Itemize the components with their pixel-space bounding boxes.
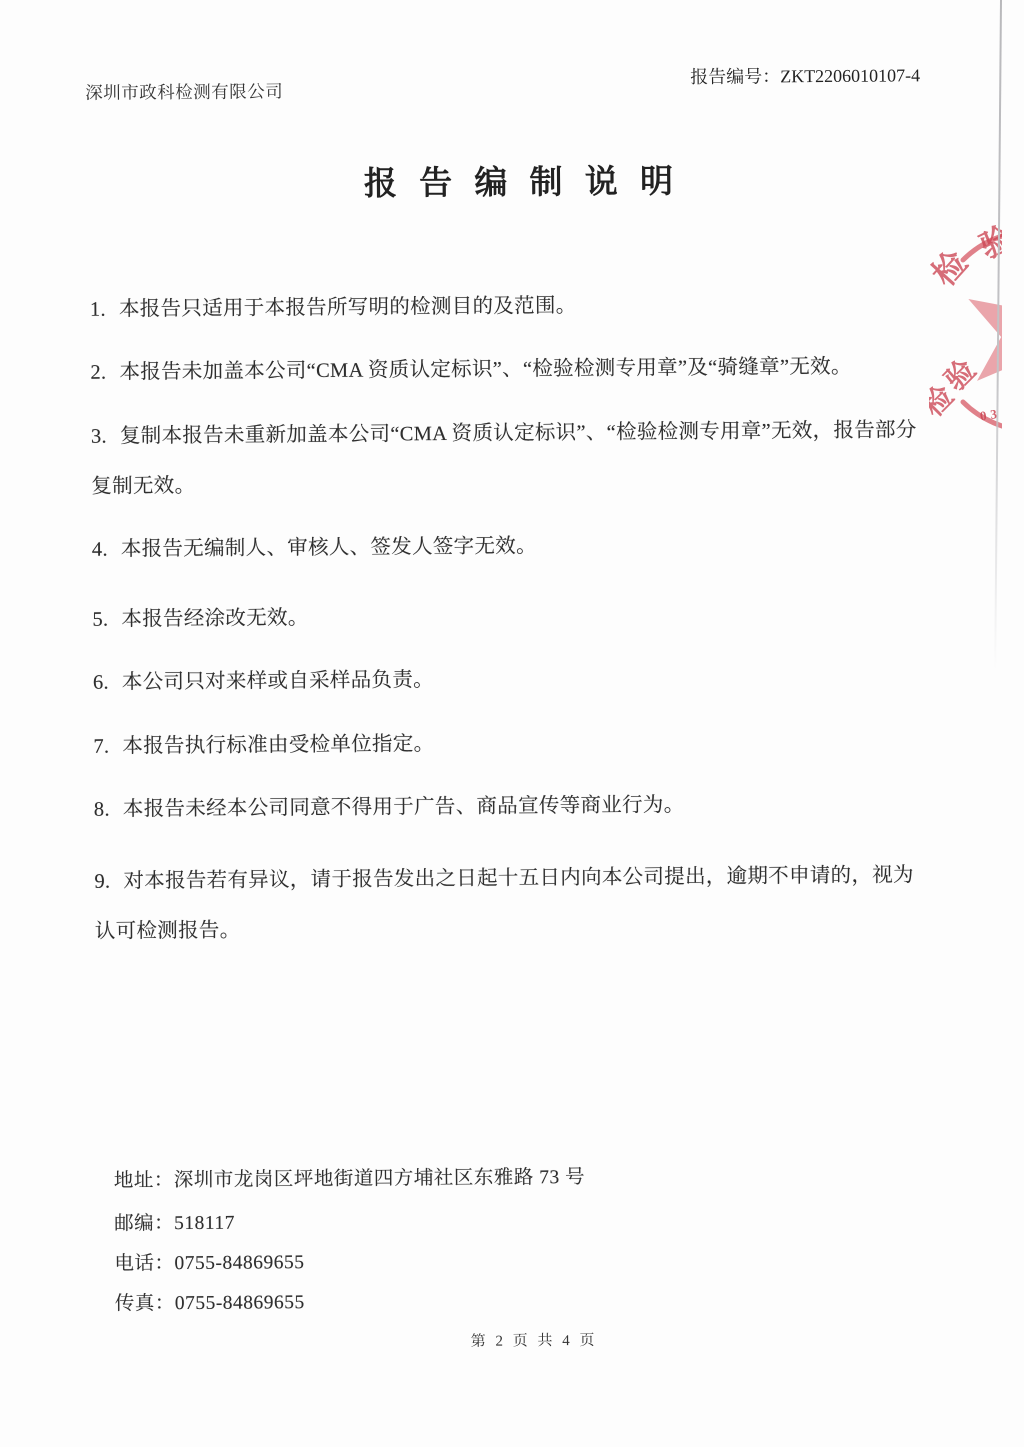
- page-number: 第 2 页 共 4 页: [10, 1325, 1024, 1354]
- item-text: 本报告无编制人、审核人、签发人签字无效。: [121, 535, 537, 560]
- item-number: 2.: [90, 362, 106, 384]
- seal-graphic: 检 验 验 检 03: [929, 216, 1002, 442]
- list-item-5: 5.本报告经涂改无效。: [92, 588, 930, 645]
- item-text: 本报告未加盖本公司“CMA 资质认定标识”、“检验检测专用章”及“骑缝章”无效。: [119, 356, 851, 384]
- list-item-8: 8.本报告未经本公司同意不得用于广告、商品宣传等商业行为。: [94, 778, 932, 835]
- item-text: 复制本报告未重新加盖本公司“CMA 资质认定标识”、“检验检测专用章”无效，报告…: [91, 419, 916, 497]
- item-number: 7.: [93, 736, 109, 758]
- seal-char: 检: [929, 244, 975, 293]
- list-item-4: 4.本报告无编制人、审核人、签发人签字无效。: [92, 518, 930, 575]
- item-number: 8.: [94, 799, 110, 821]
- list-item-6: 6.本公司只对来样或自采样品负责。: [93, 651, 931, 708]
- report-number: 报告编号：ZKT2206010107-4: [690, 61, 920, 89]
- item-number: 4.: [92, 539, 108, 561]
- page-title: 报 告 编 制 说 明: [1, 152, 1024, 207]
- list-item-2: 2.本报告未加盖本公司“CMA 资质认定标识”、“检验检测专用章”及“骑缝章”无…: [90, 341, 928, 398]
- company-name: 深圳市政科检测有限公司: [85, 78, 283, 105]
- list-item-3: 3.复制本报告未重新加盖本公司“CMA 资质认定标识”、“检验检测专用章”无效，…: [91, 405, 930, 512]
- item-text: 对本报告若有异议，请于报告发出之日起十五日内向本公司提出，逾期不申请的，视为认可…: [95, 864, 914, 942]
- contact-phone: 电话：0755-84869655: [114, 1246, 304, 1275]
- item-number: 6.: [93, 672, 109, 694]
- scanned-content: 深圳市政科检测有限公司 报告编号：ZKT2206010107-4 报 告 编 制…: [0, 0, 1024, 1447]
- document-page: 深圳市政科检测有限公司 报告编号：ZKT2206010107-4 报 告 编 制…: [0, 0, 1024, 1447]
- item-text: 本报告未经本公司同意不得用于广告、商品宣传等商业行为。: [123, 794, 685, 820]
- item-text: 本公司只对来样或自采样品负责。: [122, 669, 434, 693]
- item-number: 1.: [90, 299, 106, 321]
- contact-fax: 传真：0755-84869655: [115, 1286, 305, 1315]
- item-number: 5.: [92, 609, 108, 631]
- list-item-9: 9.对本报告若有异议，请于报告发出之日起十五日内向本公司提出，逾期不申请的，视为…: [94, 850, 933, 957]
- item-text: 本报告只适用于本报告所写明的检测目的及范围。: [119, 295, 577, 321]
- item-number: 9.: [94, 871, 110, 893]
- item-number: 3.: [91, 426, 107, 448]
- company-seal-stamp-icon: 检 验 验 检 03: [929, 216, 1002, 442]
- item-text: 本报告经涂改无效。: [121, 607, 308, 630]
- list-item-7: 7.本报告执行标准由受检单位指定。: [93, 715, 931, 772]
- item-text: 本报告执行标准由受检单位指定。: [122, 733, 434, 757]
- list-item-1: 1.本报告只适用于本报告所写明的检测目的及范围。: [90, 278, 928, 335]
- contact-postcode: 邮编：518117: [114, 1207, 235, 1236]
- contact-address: 地址：深圳市龙岗区坪地街道四方埔社区东雅路 73 号: [114, 1161, 585, 1193]
